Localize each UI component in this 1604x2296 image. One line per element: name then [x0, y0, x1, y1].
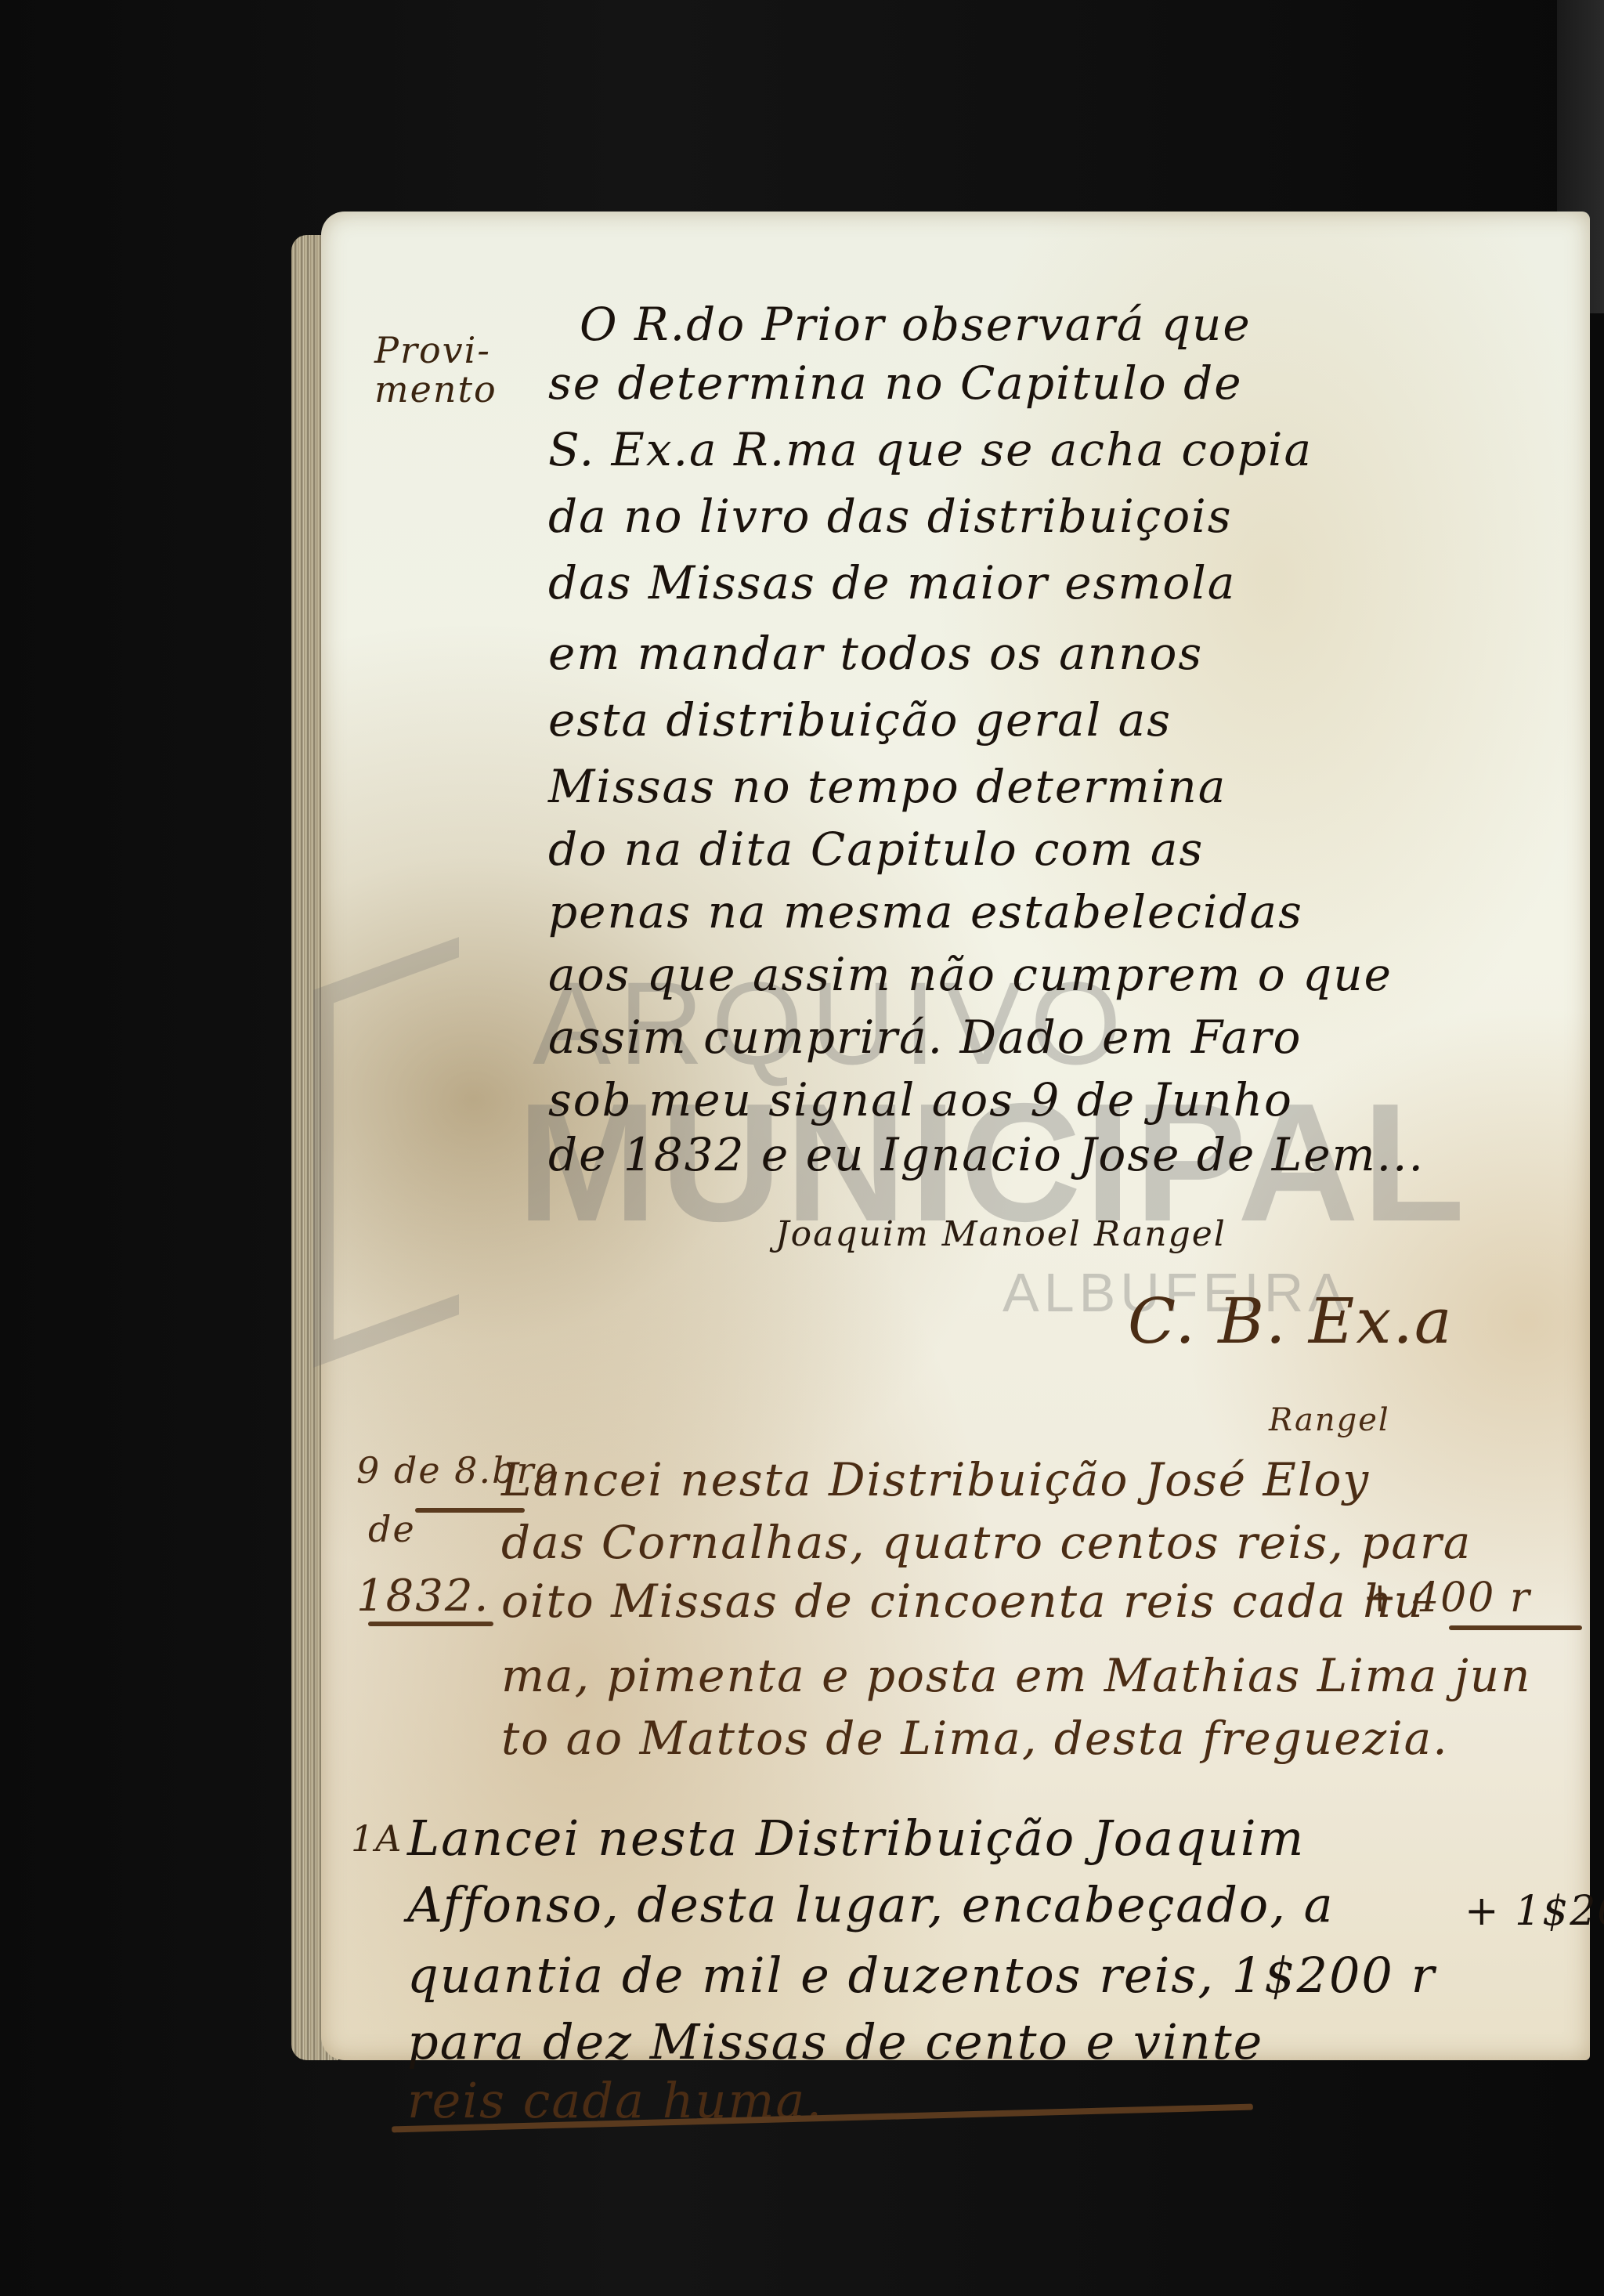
text-line: do na dita Capitulo com as: [548, 823, 1204, 876]
signature-initials: C. B. Ex.a: [1128, 1285, 1454, 1358]
text-line: da no livro das distribuiçois: [548, 490, 1232, 543]
text-line: Lancei nesta Distribuição Joaquim: [407, 1810, 1305, 1867]
text-line: aos que assim não cumprem o que: [548, 948, 1393, 1001]
signature-rangel: Rangel: [1269, 1402, 1390, 1438]
text-line: sob meu signal aos 9 de Junho: [548, 1073, 1293, 1126]
underline-stroke: [415, 1508, 525, 1513]
amount-value: + 1$200 r: [1465, 1888, 1604, 1935]
text-line: Lancei nesta Distribuição José Eloy: [501, 1453, 1370, 1506]
text-line: das Cornalhas, quatro centos reis, para: [501, 1516, 1472, 1569]
text-line: das Missas de maior esmola: [548, 556, 1236, 609]
text-line: O R.do Prior observará que: [580, 298, 1252, 351]
text-line: Affonso, desta lugar, encabeçado, a: [407, 1876, 1335, 1933]
text-line: S. Ex.a R.ma que se acha copia: [548, 423, 1313, 476]
text-line: to ao Mattos de Lima, desta freguezia.: [501, 1712, 1449, 1765]
margin-date-line-3: 1832.: [356, 1571, 490, 1622]
text-line: de 1832 e eu Ignacio Jose de Lem...: [548, 1128, 1425, 1181]
text-line: em mandar todos os annos: [548, 627, 1203, 680]
text-line: oito Missas de cincoenta reis cada hu: [501, 1575, 1425, 1628]
margin-underline: [368, 1622, 493, 1626]
amount-underline: [1449, 1625, 1582, 1630]
amount-value: + 400 r: [1363, 1575, 1531, 1622]
text-line: assim cumprirá. Dado em Faro: [548, 1011, 1302, 1064]
archive-logo-icon: [313, 937, 459, 1368]
text-line: penas na mesma estabelecidas: [548, 885, 1303, 938]
margin-date-line-2: de: [368, 1508, 416, 1550]
text-line: para dez Missas de cento e vinte: [407, 2013, 1263, 2070]
margin-date: 1A: [351, 1817, 403, 1860]
text-line: se determina no Capitulo de: [548, 356, 1243, 410]
margin-note-line-1: Provi-: [374, 329, 491, 371]
text-line: ma, pimenta e posta em Mathias Lima jun: [501, 1649, 1532, 1702]
signature-joaquim-manoel-rangel: Joaquim Manoel Rangel: [775, 1214, 1226, 1254]
text-line: quantia de mil e duzentos reis, 1$200 r: [407, 1947, 1436, 2004]
margin-note-line-2: mento: [374, 368, 497, 410]
text-line: esta distribuição geral as: [548, 693, 1172, 747]
text-line: Missas no tempo determina: [548, 760, 1226, 813]
